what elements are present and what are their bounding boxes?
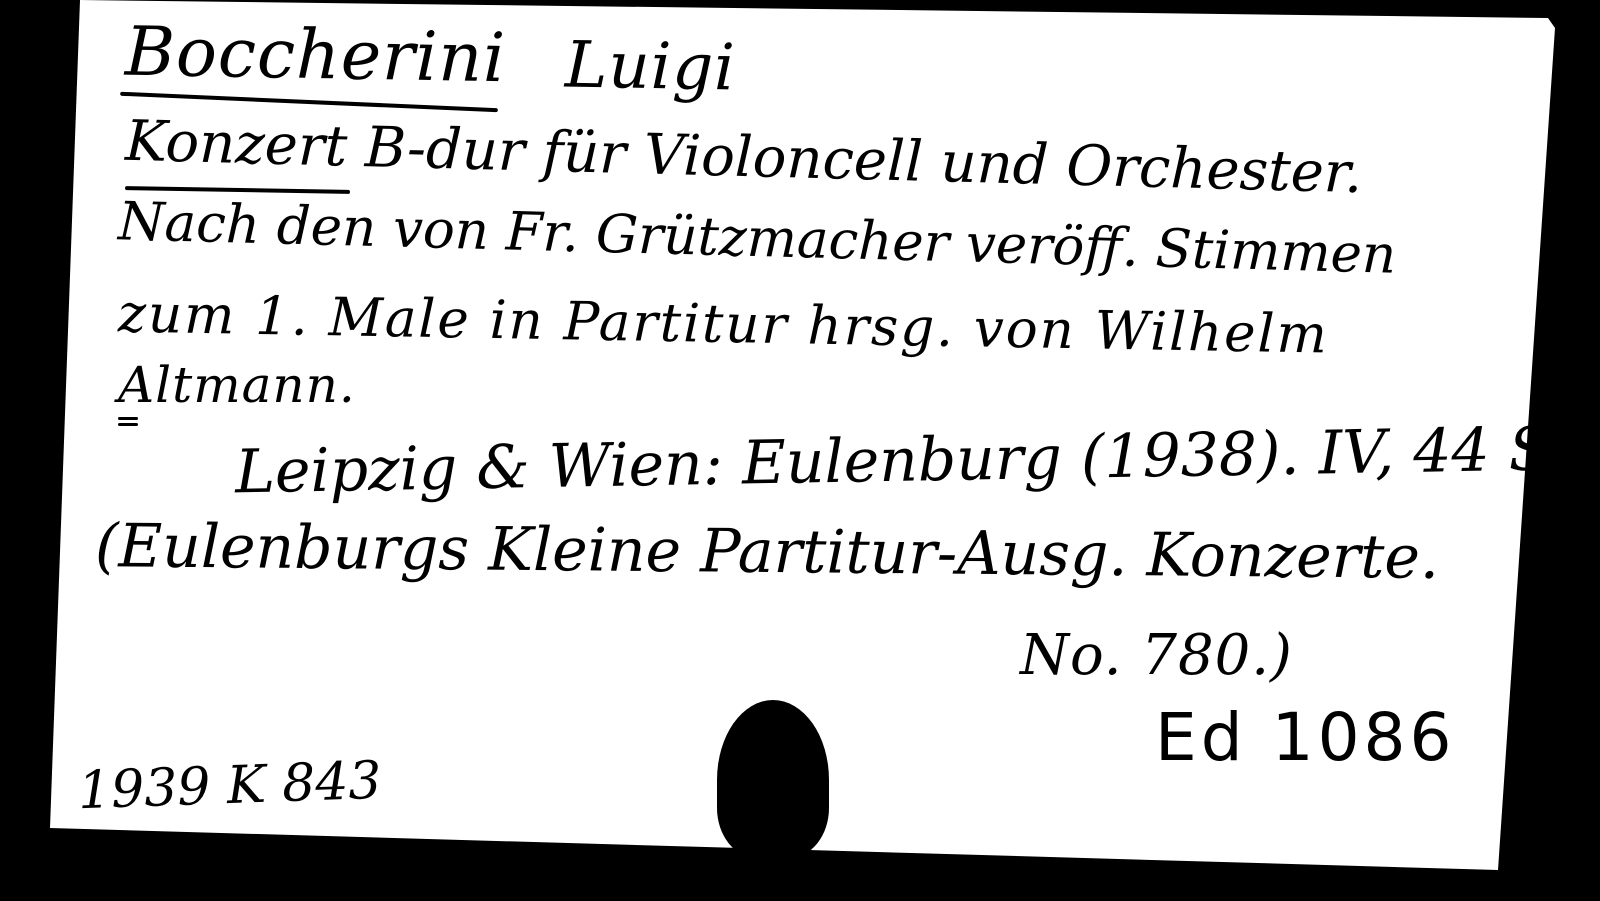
title-line-4: Altmann. xyxy=(118,360,356,410)
double-underline-mark-2 xyxy=(118,423,138,426)
series-line-2: No. 780.) xyxy=(1020,628,1293,684)
series-line-1: (Eulenburgs Kleine Partitur-Ausg. Konzer… xyxy=(95,516,1440,588)
shelfmark: Ed 1086 xyxy=(1155,705,1456,771)
accession-number: 1939 K 843 xyxy=(77,755,382,818)
author-forename: Luigi xyxy=(564,34,736,101)
scan-background: Boccherini Luigi Konzert B-dur für Violo… xyxy=(0,0,1600,901)
author-surname: Boccherini xyxy=(124,19,506,94)
double-underline-mark xyxy=(118,417,138,420)
punch-hole-slot xyxy=(748,830,794,890)
